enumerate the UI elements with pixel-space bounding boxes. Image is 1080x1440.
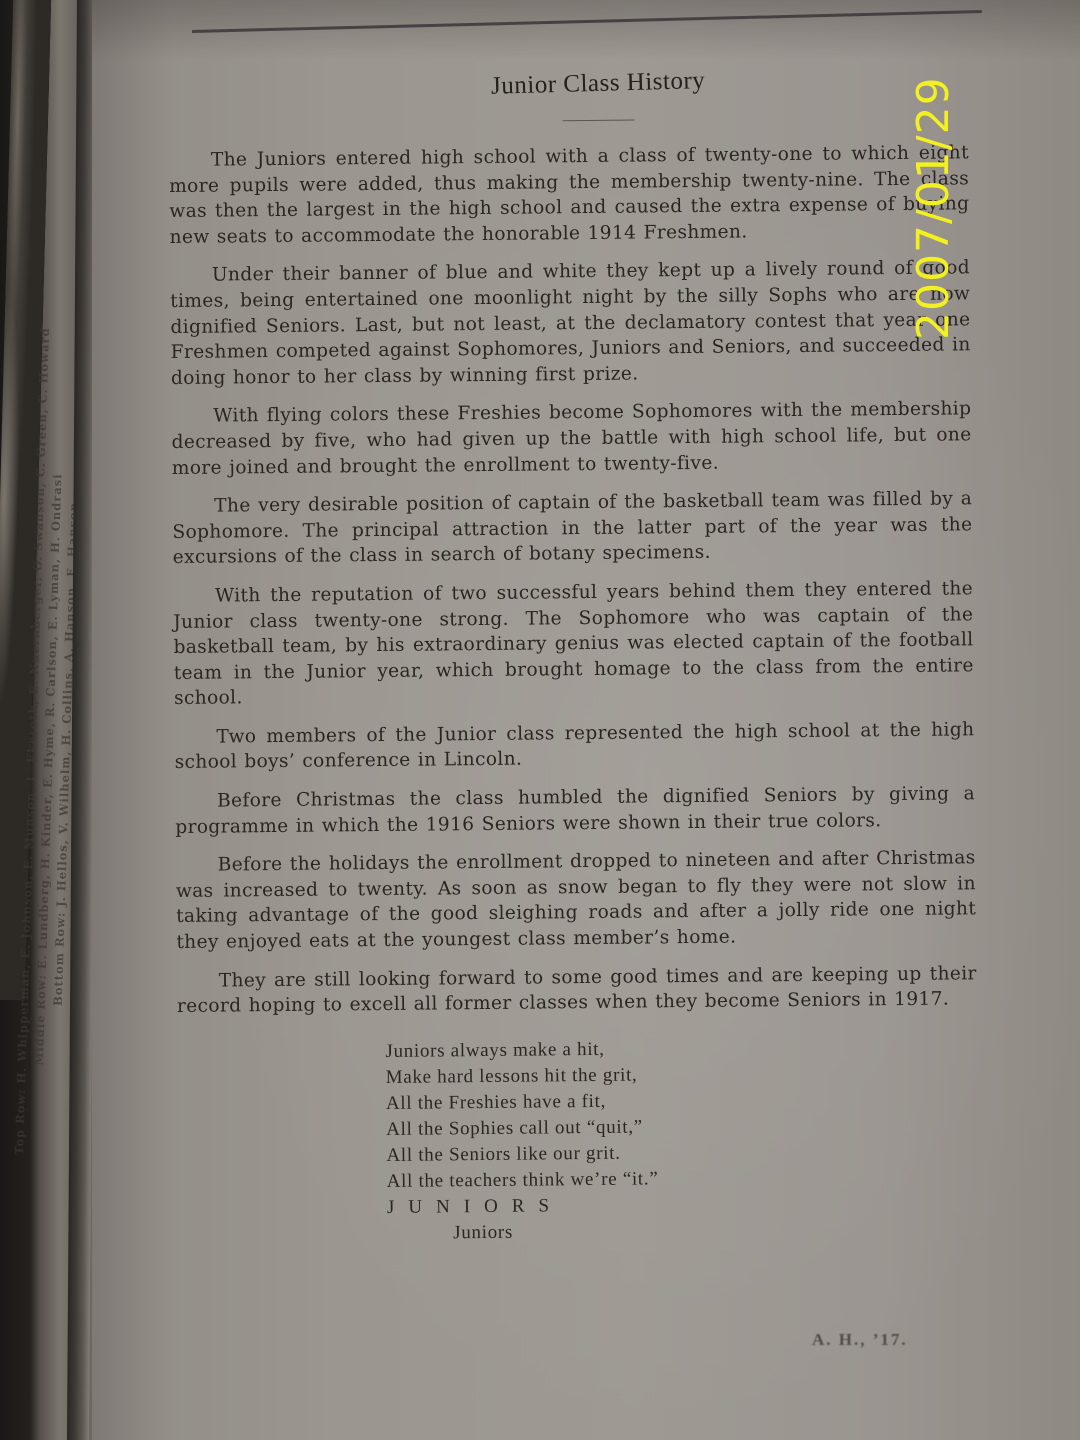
paragraph: With flying colors these Freshies become… <box>171 397 972 481</box>
page-title: Junior Class History <box>228 60 968 108</box>
paragraph: They are still looking forward to some g… <box>177 961 977 1020</box>
date-stamp-text: 2007/01/29 <box>912 76 956 340</box>
paragraph: Two members of the Junior class represen… <box>174 717 974 776</box>
paragraph: Before the holidays the enrollment dropp… <box>176 846 977 956</box>
poem: Juniors always make a hit, Make hard les… <box>385 1033 979 1247</box>
paragraph: The very desirable position of captain o… <box>172 486 973 570</box>
paragraph: Before Christmas the class humbled the d… <box>175 781 975 840</box>
paragraph: With the reputation of two successful ye… <box>173 576 974 712</box>
page-content: Junior Class History The Juniors entered… <box>168 60 979 1248</box>
paragraph: The Juniors entered high school with a c… <box>169 140 970 250</box>
author-signature: A. H., ’17. <box>812 1330 908 1350</box>
poem-closing: Juniors <box>387 1215 979 1247</box>
paragraph: Under their banner of blue and white the… <box>170 256 971 392</box>
history-body: The Juniors entered high school with a c… <box>169 140 977 1019</box>
title-divider <box>563 120 635 122</box>
header-rule <box>192 10 982 33</box>
